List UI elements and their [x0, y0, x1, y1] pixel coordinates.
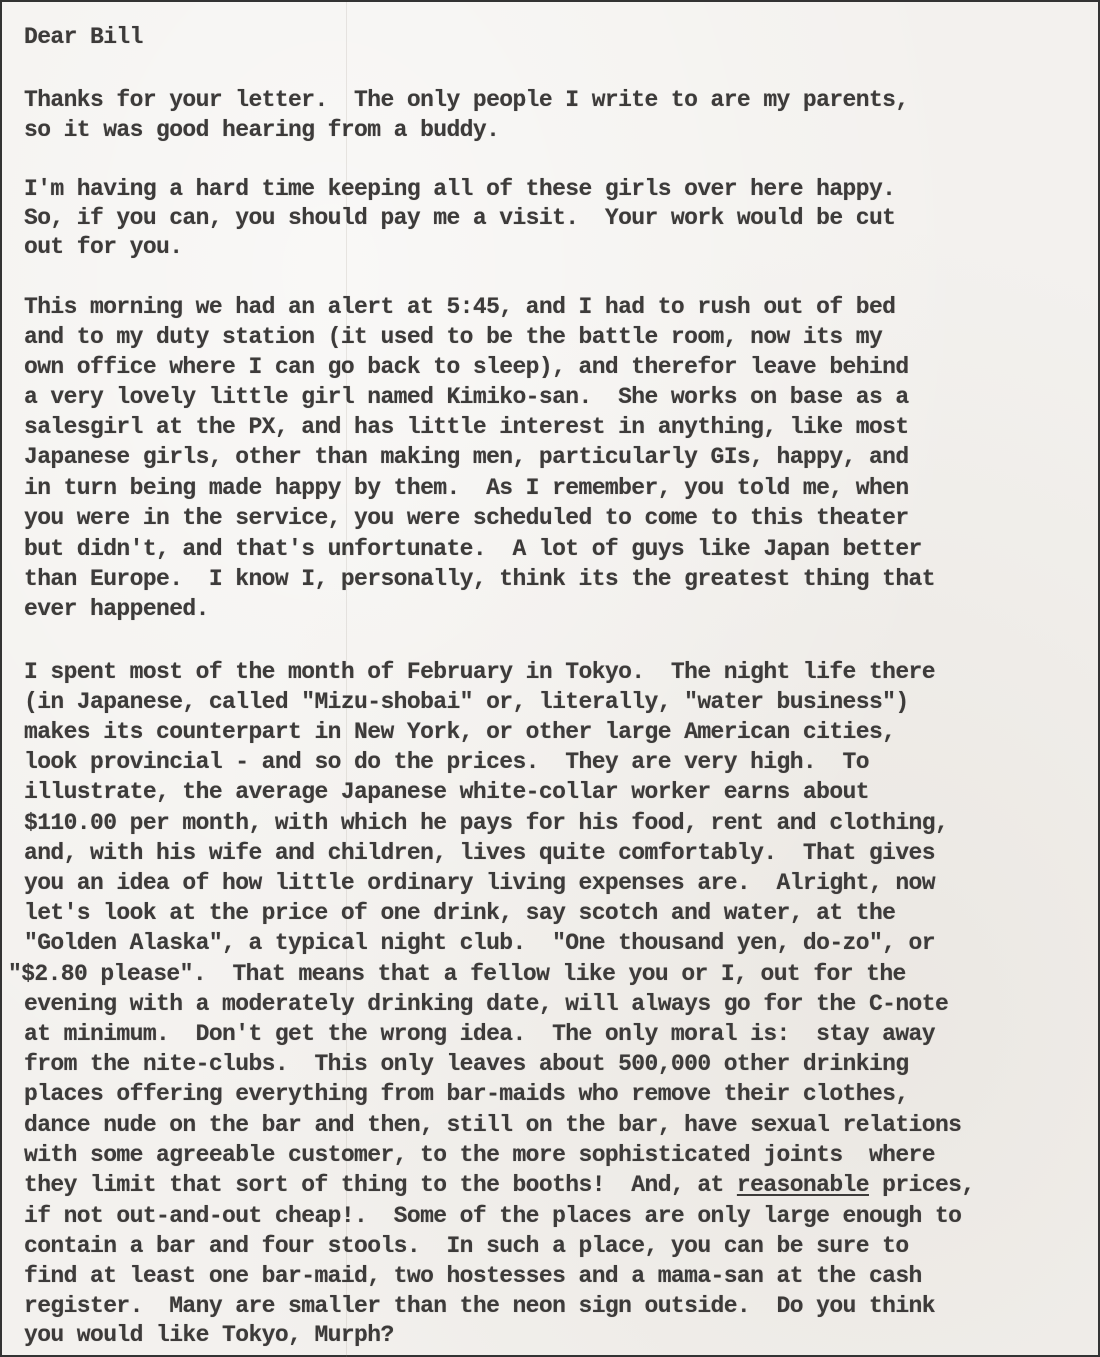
- paragraph-4-line: I spent most of the month of February in…: [24, 657, 935, 687]
- paragraph-3-line: This morning we had an alert at 5:45, an…: [24, 292, 895, 322]
- paragraph-4-line: find at least one bar-maid, two hostesse…: [24, 1261, 922, 1291]
- paragraph-4-line-underlined: they limit that sort of thing to the boo…: [24, 1170, 975, 1200]
- paragraph-3-line: Japanese girls, other than making men, p…: [24, 442, 909, 472]
- paragraph-4-line: register. Many are smaller than the neon…: [24, 1291, 935, 1321]
- paragraph-3-line: salesgirl at the PX, and has little inte…: [24, 412, 909, 442]
- paragraph-4-line: contain a bar and four stools. In such a…: [24, 1231, 909, 1261]
- line-text: prices,: [869, 1172, 975, 1198]
- paragraph-4-line: with some agreeable customer, to the mor…: [24, 1140, 935, 1170]
- paragraph-4-line: "$2.80 please". That means that a fellow…: [8, 959, 906, 989]
- paragraph-3-line: but didn't, and that's unfortunate. A lo…: [24, 534, 922, 564]
- paragraph-1-line: so it was good hearing from a buddy.: [24, 115, 499, 145]
- paragraph-3-line: you were in the service, you were schedu…: [24, 503, 909, 533]
- paragraph-1-line: Thanks for your letter. The only people …: [24, 85, 909, 115]
- paragraph-4-line: at minimum. Don't get the wrong idea. Th…: [24, 1019, 935, 1049]
- paragraph-4-line: look provincial - and so do the prices. …: [24, 747, 869, 777]
- paragraph-4-line: dance nude on the bar and then, still on…: [24, 1110, 961, 1140]
- paragraph-3-line: than Europe. I know I, personally, think…: [24, 564, 935, 594]
- paragraph-4-line: "Golden Alaska", a typical night club. "…: [24, 928, 935, 958]
- underlined-word: reasonable: [737, 1172, 869, 1198]
- paragraph-2-line: So, if you can, you should pay me a visi…: [24, 203, 895, 233]
- paragraph-3-line: ever happened.: [24, 594, 209, 624]
- paragraph-3-line: own office where I can go back to sleep)…: [24, 352, 909, 382]
- paragraph-4-line: $110.00 per month, with which he pays fo…: [24, 808, 948, 838]
- paragraph-2-line: I'm having a hard time keeping all of th…: [24, 174, 895, 204]
- paragraph-4-line: (in Japanese, called "Mizu-shobai" or, l…: [24, 687, 909, 717]
- paragraph-4-line: you would like Tokyo, Murph?: [24, 1320, 394, 1350]
- paragraph-3-line: and to my duty station (it used to be th…: [24, 322, 882, 352]
- paragraph-2-line: out for you.: [24, 232, 182, 262]
- letter-page: Dear Bill Thanks for your letter. The on…: [0, 0, 1100, 1357]
- paragraph-4-line: from the nite-clubs. This only leaves ab…: [24, 1049, 909, 1079]
- paragraph-4-line: illustrate, the average Japanese white-c…: [24, 777, 869, 807]
- paragraph-4-line: if not out-and-out cheap!. Some of the p…: [24, 1201, 961, 1231]
- paragraph-4-line: places offering everything from bar-maid…: [24, 1079, 909, 1109]
- paragraph-4-line: makes its counterpart in New York, or ot…: [24, 717, 895, 747]
- salutation: Dear Bill: [24, 22, 143, 52]
- paragraph-3-line: in turn being made happy by them. As I r…: [24, 473, 909, 503]
- paragraph-4-line: evening with a moderately drinking date,…: [24, 989, 948, 1019]
- paragraph-3-line: a very lovely little girl named Kimiko-s…: [24, 382, 909, 412]
- paragraph-4-line: and, with his wife and children, lives q…: [24, 838, 935, 868]
- paragraph-4-line: let's look at the price of one drink, sa…: [24, 898, 895, 928]
- paragraph-4-line: you an idea of how little ordinary livin…: [24, 868, 935, 898]
- line-text: they limit that sort of thing to the boo…: [24, 1172, 737, 1198]
